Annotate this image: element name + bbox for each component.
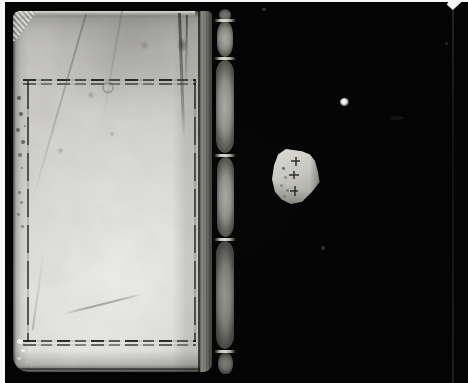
cover-stain — [109, 131, 115, 137]
spine-segment — [216, 60, 234, 153]
background-faint-edge-line — [452, 2, 454, 383]
stitched-spine-strip — [216, 8, 234, 375]
label-brush-mark — [289, 174, 299, 176]
cover-stain-ring — [101, 81, 115, 94]
cover-stain — [57, 147, 64, 154]
spine-thread-tie — [214, 238, 236, 241]
spine-segment — [218, 353, 233, 374]
label-speckles — [282, 167, 285, 170]
faint-speck — [445, 42, 448, 45]
cover-crease — [31, 14, 87, 203]
spine-thread-tie — [214, 57, 236, 60]
cover-stain — [87, 91, 95, 99]
spine-thread-tie — [214, 350, 236, 353]
cover-dark-blotch — [177, 37, 187, 53]
book-cover — [13, 11, 212, 372]
spine-thread-tie — [214, 19, 236, 22]
spine-fold-band — [198, 11, 212, 372]
border-frame-bottom-rule-2 — [23, 344, 196, 346]
book-top-pages-edge — [15, 11, 195, 17]
border-frame-bottom-rule — [23, 340, 196, 342]
cover-stain — [139, 41, 150, 50]
cover-crease — [32, 249, 45, 330]
fore-edge-speckles — [18, 191, 21, 194]
faint-speck — [262, 8, 266, 11]
border-frame-left-rule — [27, 81, 29, 342]
label-brush-mark — [290, 190, 298, 192]
cover-bottom-rim — [17, 368, 202, 370]
spine-segment — [216, 241, 234, 349]
faint-smudge — [390, 116, 404, 120]
spine-segment — [217, 21, 233, 57]
faint-speck — [321, 246, 325, 250]
dust-speck — [340, 98, 349, 106]
spine-segment — [217, 157, 234, 237]
spine-thread-tie — [214, 154, 236, 157]
border-frame-right-rule — [194, 81, 196, 342]
archival-photo — [0, 0, 468, 383]
cover-crease — [101, 11, 122, 124]
fore-edge-speckles — [17, 96, 21, 100]
cover-scratch — [62, 293, 144, 315]
label-brush-mark — [291, 160, 300, 162]
cover-corner-wear-top-left — [13, 11, 37, 41]
